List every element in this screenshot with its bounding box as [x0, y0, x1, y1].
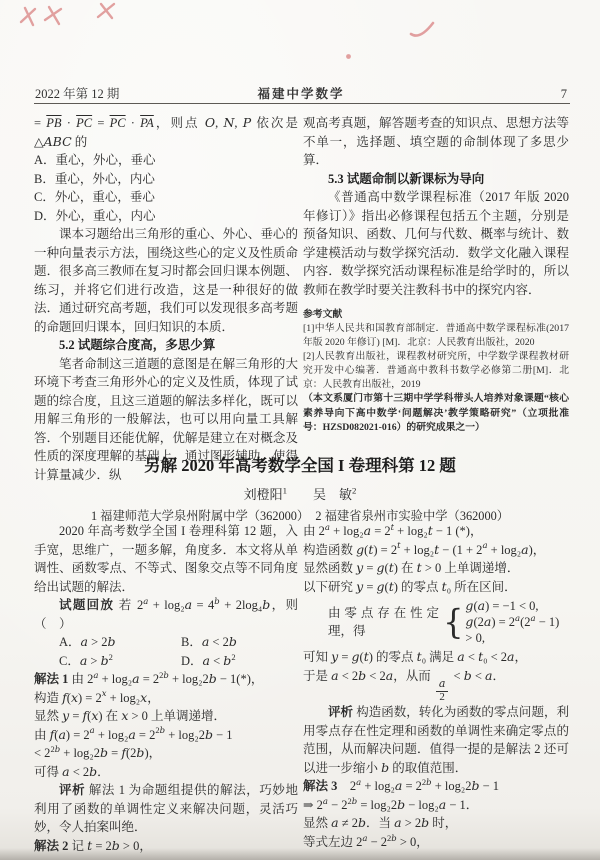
article2-left-column: 2020 年高考数学全国 I 卷理科第 12 题，入手宽，思维广，一题多解，角度…: [34, 522, 298, 855]
pen-mark-icon: [95, 1, 117, 21]
paragraph: 课本习题给出三角形的重心、外心、垂心的一种向量表示方法，围绕这些心的定义及性质命…: [34, 225, 298, 336]
system-lead-text: 由零点存在性定理，得: [328, 604, 439, 641]
math-line: 以下研究 y = g(t) 的零点 t₀ 所在区间．: [303, 578, 569, 597]
issue-label: 2022 年第 12 期: [35, 84, 212, 102]
article1-left-column: = PB · PC = PC · PA，则点 O, N, P 依次是 △ABC …: [34, 114, 298, 484]
math-line: 可知 y = g(t) 的零点 t₀ 满足 a < t₀ < 2a，: [303, 648, 569, 667]
paragraph: 《普通高中数学课程标准（2017 年版 2020 年修订）》指出必修课程包括五个…: [303, 188, 569, 299]
option-item: C．a > b2: [59, 652, 181, 671]
math-line: = PB · PC = PC · PA，则点 O, N, P 依次是 △ABC …: [34, 114, 298, 151]
equation-system: 由零点存在性定理，得 { g(a) = −1 < 0, g(2a) = 2a(2…: [328, 598, 569, 646]
page-number: 7: [390, 87, 567, 102]
solution-3-heading: 解法 3 2a + log₂a = 22b + log₂2b − 1: [303, 777, 569, 796]
math-line: ⇒ 2a − 22b = log₂2b − log₂a − 1．: [303, 796, 569, 815]
section-heading-5-3: 5.3 试题命制以新课标为导向: [303, 170, 569, 189]
reference-item: [2]人民教育出版社，课程教材研究所，中学数学课程教材研究开发中心编著．普通高中…: [303, 350, 569, 392]
article2-title: 另解 2020 年高考数学全国 I 卷理科第 12 题: [0, 452, 600, 476]
references-title: 参考文献: [303, 308, 569, 322]
option-item: A．a > 2b: [59, 633, 181, 652]
paragraph: 2020 年高考数学全国 I 卷理科第 12 题，入手宽，思维广，一题多解，角度…: [34, 522, 298, 596]
option-item: B．a < 2b: [181, 633, 237, 652]
pen-mark-icon: [18, 5, 66, 29]
journal-header: 2022 年第 12 期 福建中学数学 7: [35, 84, 567, 102]
article2-right-column: 由 2a + log₂a = 2t + log₂t − 1 (*)， 构造函数 …: [303, 522, 569, 851]
references-block: 参考文献 [1]中华人民共和国教育部制定．普通高中数学课程标准(2017 年版 …: [303, 308, 569, 392]
review-paragraph: 评析 解法 1 为命题组提供的解法，巧妙地利用了函数的单调性定义来解决问题，灵活…: [34, 781, 298, 837]
math-line: 由 2a + log₂a = 2t + log₂t − 1 (*)，: [303, 522, 569, 541]
option-item: B．重心，外心，内心: [34, 170, 298, 189]
option-item: D．a < b2: [181, 652, 236, 671]
section-heading-5-2: 5.2 试题综合度高，多思少算: [34, 336, 298, 355]
math-line: 于是 a < 2b < 2a，从而 a2 < b < a．: [303, 667, 569, 704]
review-paragraph: 评析 构造函数，转化为函数的零点问题，利用零点存在性定理和函数的单调性来确定零点…: [303, 703, 569, 777]
math-line: 由 f(a) = 2a + log₂a = 22b + log₂2b − 1: [34, 726, 298, 745]
paragraph: 观高考真题，解答题考查的知识点、思想方法等不单一，选择题、填空题的命制体现了多思…: [303, 114, 569, 170]
journal-name: 福建中学数学: [212, 84, 389, 102]
math-line: 可得 a < 2b．: [34, 763, 298, 782]
math-line: 构造 f(x) = 2x + log₂x，: [34, 689, 298, 708]
solution-1-heading: 解法 1 由 2a + log₂a = 22b + log₂2b − 1(*)，: [34, 670, 298, 689]
math-line: 构造函数 g(t) = 2t + log₂t − (1 + 2a + log₂a…: [303, 541, 569, 560]
article2-authors: 刘橙阳1 吴 敏2: [0, 484, 600, 503]
system-equation: g(a) = −1 < 0,: [465, 598, 569, 614]
scan-edge-shadow: [0, 848, 600, 860]
option-row: C．a > b2 D．a < b2: [59, 652, 298, 671]
math-line: 显然 a ≠ 2b．当 a > 2b 时，: [303, 814, 569, 833]
article1-right-column: 观高考真题，解答题考查的知识点、思想方法等不单一，选择题、填空题的命制体现了多思…: [303, 114, 569, 436]
pen-mark-icon: [408, 20, 436, 42]
problem-statement: 试题回放 若 2a + log₂a = 4b + 2log₄b，则（ ）: [34, 596, 298, 633]
option-item: C．外心，重心，垂心: [34, 188, 298, 207]
math-line: 显然 y = f(x) 在 x > 0 上单调递增．: [34, 707, 298, 726]
reference-item: [1]中华人民共和国教育部制定．普通高中数学课程标准(2017 年版 2020 …: [303, 322, 569, 350]
brace-glyph: {: [443, 612, 463, 631]
option-item: A．重心，外心，垂心: [34, 151, 298, 170]
scanned-journal-page: 2022 年第 12 期 福建中学数学 7 = PB · PC = PC · P…: [0, 0, 600, 860]
pen-mark-icon: [345, 53, 352, 60]
header-rule: [34, 103, 570, 104]
math-line: < 22b + log₂2b = f(2b)，: [34, 744, 298, 763]
funding-footnote: （本文系厦门市第十三期中学学科带头人培养对象课题“核心素养导向下高中数学‘问题解…: [303, 392, 569, 436]
system-equation: g(2a) = 2a(2a − 1) > 0,: [465, 614, 569, 646]
math-line: 显然函数 y = g(t) 在 t > 0 上单调递增．: [303, 559, 569, 578]
option-row: A．a > 2b B．a < 2b: [59, 633, 298, 652]
option-item: D．外心，重心，内心: [34, 207, 298, 226]
